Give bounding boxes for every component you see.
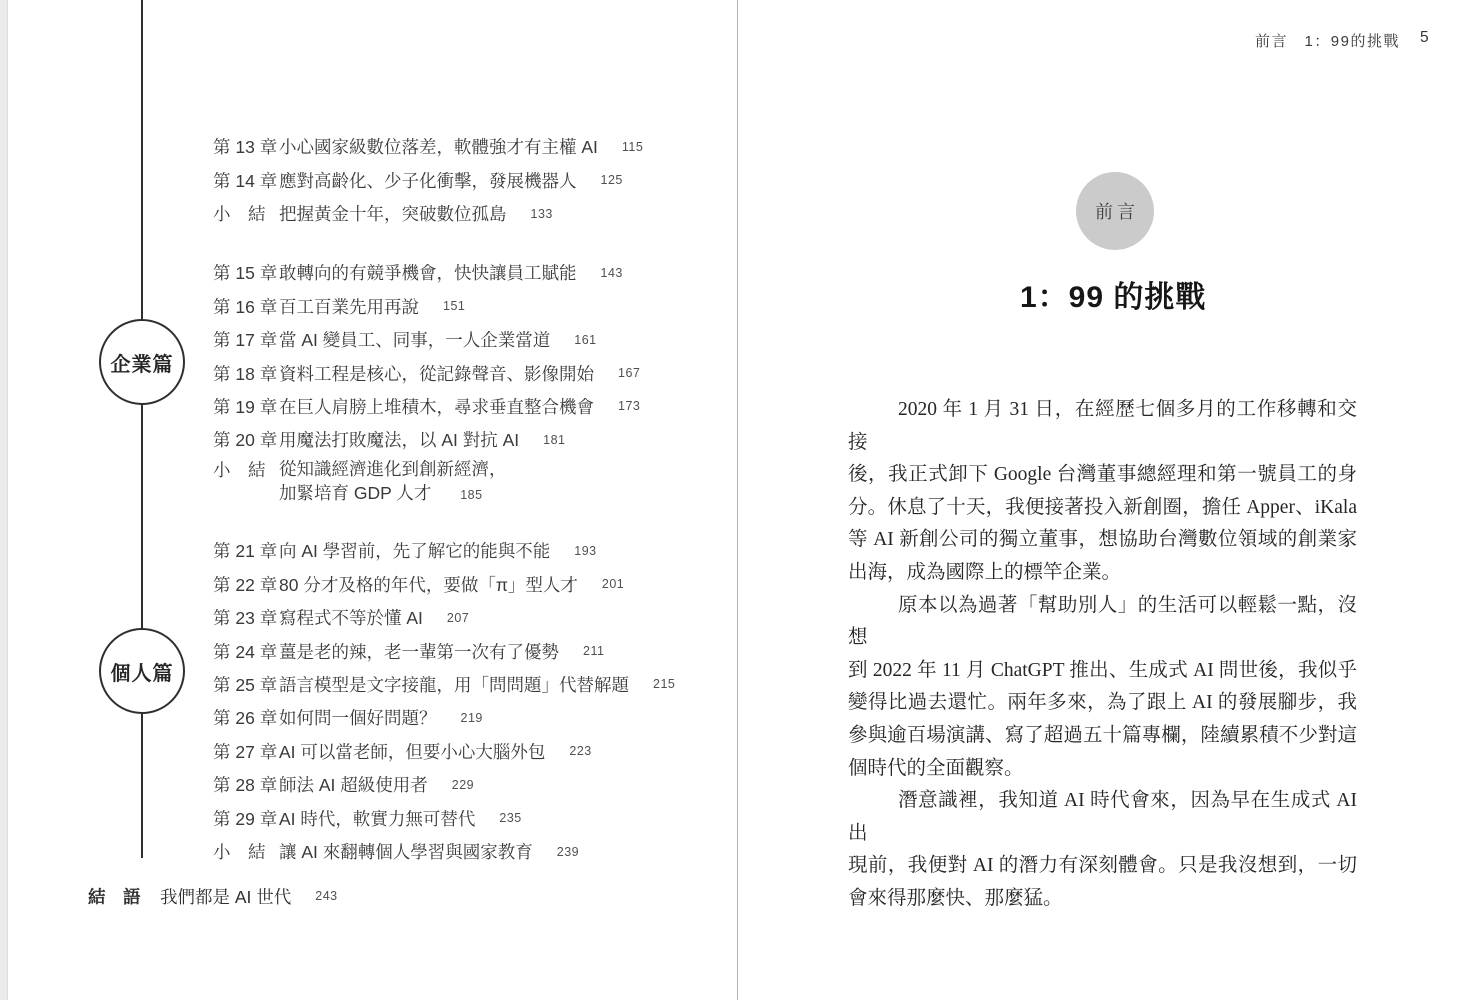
toc-entry-page: 173 [618, 399, 640, 413]
body-line: 潛意識裡，我知道 AI 時代會來，因為早在生成式 AI 出 [848, 785, 1357, 850]
toc-row: 第 22 章 80 分才及格的年代，要做「π」型人才 201 [213, 567, 675, 600]
toc-entry-page: 161 [574, 333, 596, 347]
toc-entry-title: 小心國家級數位落差，軟體強才有主權 AI [279, 134, 598, 159]
toc-row-summary: 小 結 從知識經濟進化到創新經濟， 加緊培育 GDP 人才 185 [213, 457, 640, 505]
toc-entry-label: 第 26 章 [213, 705, 279, 730]
scan-edge [0, 0, 8, 1000]
body-line: 變得比過去還忙。兩年多來，為了跟上 AI 的發展腳步，我 [848, 687, 1357, 720]
toc-entry-label: 第 29 章 [213, 806, 279, 831]
toc-entry-page: 151 [443, 299, 465, 313]
toc-row: 第 16 章 百工百業先用再說 151 [213, 289, 640, 322]
toc-row-summary: 小 結 把握黃金十年，突破數位孤島 133 [213, 197, 643, 230]
toc-row-summary: 小 結 讓 AI 來翻轉個人學習與國家教育 239 [213, 835, 675, 868]
section-circle-enterprise: 企業篇 [99, 319, 185, 405]
toc-entry-label: 第 23 章 [213, 605, 279, 630]
toc-entry-label: 小 結 [213, 457, 279, 482]
toc-entry-label: 第 27 章 [213, 739, 279, 764]
toc-entry-page: 223 [569, 744, 591, 758]
toc-entry-title: 敢轉向的有競爭機會，快快讓員工賦能 [279, 260, 577, 285]
toc-entry-label: 第 19 章 [213, 394, 279, 419]
body-line: 會來得那麼快、那麼猛。 [848, 883, 1357, 916]
book-spread: 企業篇 個人篇 第 13 章 小心國家級數位落差，軟體強才有主權 AI 115 … [0, 0, 1458, 1000]
body-line: 到 2022 年 11 月 ChatGPT 推出、生成式 AI 問世後，我似乎 [848, 655, 1357, 688]
toc-entry-title: 如何問一個好問題？ [279, 705, 437, 730]
toc-entry-page: 211 [583, 644, 604, 658]
toc-entry-title: 80 分才及格的年代，要做「π」型人才 [279, 572, 578, 597]
toc-row: 第 17 章 當 AI 變員工、同事，一人企業當道 161 [213, 323, 640, 356]
body-line: 個時代的全面觀察。 [848, 753, 1357, 786]
toc-conclusion-title: 我們都是 AI 世代 [160, 884, 291, 909]
toc-entry-label: 第 21 章 [213, 538, 279, 563]
toc-row: 第 13 章 小心國家級數位落差，軟體強才有主權 AI 115 [213, 130, 643, 163]
toc-entry-label: 第 28 章 [213, 772, 279, 797]
toc-row: 第 23 章 寫程式不等於懂 AI 207 [213, 601, 675, 634]
section-circle-personal: 個人篇 [99, 628, 185, 714]
body-text: 2020 年 1 月 31 日，在經歷七個多月的工作移轉和交接 後，我正式卸下 … [848, 394, 1357, 916]
toc-row: 第 28 章 師法 AI 超級使用者 229 [213, 768, 675, 801]
toc-entry-label: 第 24 章 [213, 639, 279, 664]
body-line: 2020 年 1 月 31 日，在經歷七個多月的工作移轉和交接 [848, 394, 1357, 459]
toc-group-enterprise: 第 15 章 敢轉向的有競爭機會，快快讓員工賦能 143 第 16 章 百工百業… [213, 256, 640, 505]
preface-badge: 前言 [1076, 172, 1154, 250]
toc-entry-page: 229 [452, 778, 474, 792]
body-line: 分。休息了十天，我便接著投入新創圈，擔任 Apper、iKala [848, 492, 1357, 525]
toc-entry-title: 寫程式不等於懂 AI [279, 605, 423, 630]
toc-entry-page: 167 [618, 366, 640, 380]
timeline-line [141, 0, 143, 858]
preface-badge-label: 前言 [1091, 198, 1139, 224]
toc-row: 第 18 章 資料工程是核心，從記錄聲音、影像開始 167 [213, 356, 640, 389]
toc-entry-label: 小 結 [213, 839, 279, 864]
body-line: 參與逾百場演講、寫了超過五十篇專欄，陸續累積不少對這 [848, 720, 1357, 753]
body-line: 出海，成為國際上的標竿企業。 [848, 557, 1357, 590]
toc-entry-title: AI 可以當老師，但要小心大腦外包 [279, 739, 545, 764]
page-divider [737, 0, 738, 1000]
toc-entry-label: 第 15 章 [213, 260, 279, 285]
toc-entry-title: 應對高齡化、少子化衝擊，發展機器人 [279, 168, 577, 193]
body-line: 現前，我便對 AI 的潛力有深刻體會。只是我沒想到，一切 [848, 850, 1357, 883]
toc-entry-title: 用魔法打敗魔法，以 AI 對抗 AI [279, 427, 519, 452]
toc-entry-page: 185 [460, 488, 482, 502]
toc-entry-label: 第 13 章 [213, 134, 279, 159]
toc-entry-page: 115 [622, 140, 643, 154]
toc-group-personal: 第 21 章 向 AI 學習前，先了解它的能與不能 193 第 22 章 80 … [213, 534, 675, 868]
toc-entry-title-multiline: 從知識經濟進化到創新經濟， 加緊培育 GDP 人才 185 [279, 457, 507, 507]
toc-row: 第 24 章 薑是老的辣，老一輩第一次有了優勢 211 [213, 634, 675, 667]
toc-entry-label: 第 14 章 [213, 168, 279, 193]
toc-row: 第 27 章 AI 可以當老師，但要小心大腦外包 223 [213, 735, 675, 768]
section-circle-label: 個人篇 [111, 657, 174, 686]
body-line: 等 AI 新創公司的獨立董事，想協助台灣數位領域的創業家 [848, 524, 1357, 557]
toc-entry-title: 讓 AI 來翻轉個人學習與國家教育 [279, 839, 533, 864]
toc-entry-title: 語言模型是文字接龍，用「問問題」代替解題 [279, 672, 629, 697]
toc-entry-page: 193 [574, 544, 596, 558]
toc-entry-page: 125 [601, 173, 623, 187]
toc-entry-title: 資料工程是核心，從記錄聲音、影像開始 [279, 361, 594, 386]
toc-entry-page: 143 [601, 266, 623, 280]
toc-entry-label: 第 22 章 [213, 572, 279, 597]
toc-group-government-tail: 第 13 章 小心國家級數位落差，軟體強才有主權 AI 115 第 14 章 應… [213, 130, 643, 230]
page-number: 5 [1420, 29, 1429, 47]
toc-entry-title: 把握黃金十年，突破數位孤島 [279, 201, 507, 226]
toc-entry-title: 師法 AI 超級使用者 [279, 772, 428, 797]
toc-entry-page: 201 [602, 577, 624, 591]
toc-entry-title: 薑是老的辣，老一輩第一次有了優勢 [279, 639, 559, 664]
body-line: 原本以為過著「幫助別人」的生活可以輕鬆一點，沒想 [848, 590, 1357, 655]
toc-row-conclusion: 結 語 我們都是 AI 世代 243 [88, 884, 338, 908]
toc-row: 第 26 章 如何問一個好問題？ 219 [213, 701, 675, 734]
toc-entry-title: 在巨人肩膀上堆積木，尋求垂直整合機會 [279, 394, 594, 419]
toc-entry-title-line1: 從知識經濟進化到創新經濟， [279, 459, 507, 479]
toc-conclusion-label: 結 語 [88, 884, 160, 909]
chapter-title: 1：99 的挑戰 [1020, 283, 1206, 313]
toc-entry-label: 第 17 章 [213, 327, 279, 352]
section-circle-label: 企業篇 [111, 348, 174, 377]
toc-row: 第 21 章 向 AI 學習前，先了解它的能與不能 193 [213, 534, 675, 567]
toc-entry-title: 向 AI 學習前，先了解它的能與不能 [279, 538, 550, 563]
toc-entry-page: 219 [461, 711, 483, 725]
toc-entry-label: 第 25 章 [213, 672, 279, 697]
toc-entry-page: 239 [557, 845, 579, 859]
toc-entry-page: 235 [499, 811, 521, 825]
toc-entry-label: 小 結 [213, 201, 279, 226]
toc-row: 第 20 章 用魔法打敗魔法，以 AI 對抗 AI 181 [213, 423, 640, 456]
toc-row: 第 19 章 在巨人肩膀上堆積木，尋求垂直整合機會 173 [213, 390, 640, 423]
toc-entry-title: 當 AI 變員工、同事，一人企業當道 [279, 327, 550, 352]
toc-entry-label: 第 18 章 [213, 361, 279, 386]
toc-entry-title: 百工百業先用再說 [279, 294, 419, 319]
toc-entry-title-line2: 加緊培育 GDP 人才 [279, 483, 431, 503]
toc-entry-page: 181 [543, 433, 565, 447]
toc-row: 第 25 章 語言模型是文字接龍，用「問問題」代替解題 215 [213, 668, 675, 701]
toc-row: 第 29 章 AI 時代，軟實力無可替代 235 [213, 802, 675, 835]
toc-entry-page: 215 [653, 677, 675, 691]
toc-entry-label: 第 16 章 [213, 294, 279, 319]
body-line: 後，我正式卸下 Google 台灣董事總經理和第一號員工的身 [848, 459, 1357, 492]
toc-entry-page: 207 [447, 611, 469, 625]
toc-row: 第 15 章 敢轉向的有競爭機會，快快讓員工賦能 143 [213, 256, 640, 289]
toc-conclusion-page: 243 [315, 889, 337, 903]
toc-row: 第 14 章 應對高齡化、少子化衝擊，發展機器人 125 [213, 163, 643, 196]
toc-entry-page: 133 [531, 207, 553, 221]
running-header: 前言 1：99的挑戰 [1150, 30, 1400, 51]
toc-entry-label: 第 20 章 [213, 427, 279, 452]
toc-entry-title: AI 時代，軟實力無可替代 [279, 806, 475, 831]
